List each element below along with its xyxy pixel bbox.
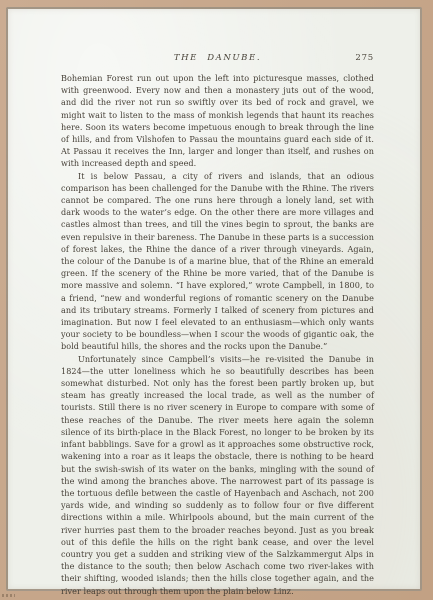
paragraph-1: Bohemian Forest run out upon the left in… [61, 72, 374, 170]
paragraph-2: It is below Passau, a city of rivers and… [61, 170, 374, 353]
paper-speck [363, 529, 370, 532]
paragraph-3: Unfortunately since Campbell’s visits—he… [61, 353, 374, 597]
body-text: Bohemian Forest run out upon the left in… [61, 72, 374, 597]
running-header: THE DANUBE. 275 [61, 53, 374, 65]
book-page: THE DANUBE. 275 Bohemian Forest run out … [6, 7, 422, 591]
margin-stamp [2, 594, 15, 597]
scan-background: THE DANUBE. 275 Bohemian Forest run out … [0, 0, 433, 600]
paper-speck [198, 569, 200, 571]
page-title: THE DANUBE. [61, 53, 374, 63]
page-number: 275 [355, 53, 374, 63]
